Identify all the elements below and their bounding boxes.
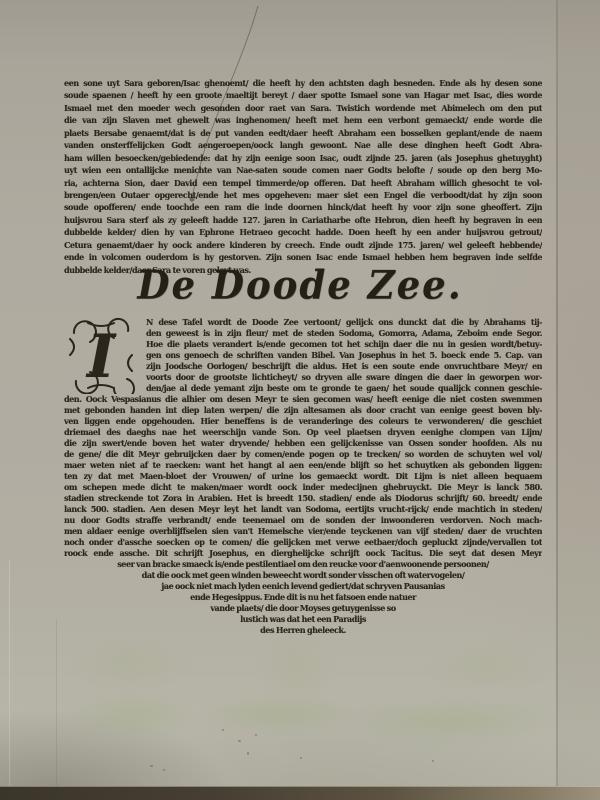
- drop-cap-letter: I: [85, 322, 117, 392]
- show-through-stain: [70, 640, 190, 688]
- show-through-stain: [72, 694, 192, 736]
- text-line: den. Oock Vespasianus die alhier om dese…: [64, 394, 542, 405]
- paragraph-block-1: een sone uyt Sara geboren/Isac ghenoemt/…: [64, 77, 542, 276]
- drop-cap-initial: I: [64, 317, 138, 394]
- foxing-spot: [238, 740, 241, 742]
- text-line: uyt wien een ontallijcke menichte van Na…: [64, 164, 542, 176]
- text-line: voorts door de grootste lichticheyt/ so …: [146, 372, 542, 383]
- foxing-spot: [432, 760, 434, 762]
- foxing-spot: [247, 752, 249, 755]
- colophon-line: seer van bracke smaeck is/ende pestilent…: [64, 559, 542, 570]
- text-line: den/jae al dede yemant zijn beste om te …: [146, 383, 542, 394]
- text-line: gen ons genoech de schriften vanden Bibe…: [146, 350, 542, 361]
- book-page-photo: een sone uyt Sara geboren/Isac ghenoemt/…: [0, 0, 600, 800]
- colophon-line: lustich was dat het een Paradijs: [64, 614, 542, 625]
- text-line: Ismael met den moeder wech gesonden door…: [64, 102, 542, 114]
- text-line: dubbelde kelder/ dien hy van Ephrone Het…: [64, 226, 542, 238]
- text-line: lanck 500. stadien. Aen desen Meyr leyt …: [64, 504, 542, 515]
- paragraph-block-2: I N dese Tafel wordt de Doode Zee vertoo…: [64, 317, 542, 636]
- foxing-spot: [222, 729, 224, 731]
- text-line: huijsvrou Sara sterf als zy geleeft hadd…: [64, 214, 542, 226]
- text-line: men aldaer eenige overblijffselen sien v…: [64, 526, 542, 537]
- text-line: driemael des daeghs nae het weerschijn v…: [64, 427, 542, 438]
- text-line: roock ende assche. Dit schrijft Josephus…: [64, 548, 542, 559]
- show-through-stain: [258, 636, 334, 702]
- colophon-line: ende Hegesippus. Ende dit is nu het fats…: [64, 592, 542, 603]
- text-line: soude spaenen / heeft hy een groote mael…: [64, 89, 542, 101]
- colophon-line: vande plaets/ die door Moyses getuygenis…: [64, 603, 542, 614]
- text-line: Cetura genaemt/daer hy oock andere kinde…: [64, 239, 542, 251]
- colophon-line: dat die oock met geen winden beweecht wo…: [64, 570, 542, 581]
- foxing-spot: [255, 734, 257, 736]
- text-line: zijn Joodsche Oorlogen/ beschrijft die a…: [146, 361, 542, 372]
- paper-crease: [9, 560, 10, 788]
- book-edge-shadow: [0, 786, 600, 800]
- foxing-spot: [163, 769, 165, 771]
- text-line: soude opofferen/ ende toochde een ram di…: [64, 201, 542, 213]
- foxing-spot: [300, 757, 302, 759]
- text-line: een sone uyt Sara geboren/Isac ghenoemt/…: [64, 77, 542, 89]
- text-line: die zijn swert/ende boven het water dryv…: [64, 438, 542, 449]
- text-line: om schepen mede dicht te maken/maer word…: [64, 482, 542, 493]
- show-through-stain: [205, 696, 353, 732]
- text-line: met gebonden handen int diep laten werpe…: [64, 405, 542, 416]
- text-line: die van zijn Slaven met ghewelt was ingh…: [64, 114, 542, 126]
- text-line: Hoe die plaets verandert is/ende gecomen…: [146, 339, 542, 350]
- paper-crease: [56, 620, 57, 788]
- text-line: ria, achterna Sion, daer David een tempe…: [64, 177, 542, 189]
- text-line: maer weten niet af te raecken: want het …: [64, 460, 542, 471]
- show-through-stain: [428, 644, 548, 692]
- text-line: ven liggen ende opgehouden. Hier beneffe…: [64, 416, 542, 427]
- text-line: stadien streckende tot Zora in Arabien. …: [64, 493, 542, 504]
- page-outer-margin: [558, 0, 600, 800]
- text-line: ten zy dat met Maen-bloet der Vrouwen/ o…: [64, 471, 542, 482]
- text-line: noch onder d'assche soecken op te comen/…: [64, 537, 542, 548]
- text-line: de gene/ die dit Meyr gebruijcken daer b…: [64, 449, 542, 460]
- text-line: plaets Bersabe genaemt/dat is de put van…: [64, 127, 542, 139]
- text-line: vanden onsterffelijcken Godt aengeroepen…: [64, 139, 542, 151]
- colophon-line: des Herren gheleeck.: [64, 625, 542, 636]
- text-line: nu door Godts straffe verbrandt/ ende te…: [64, 515, 542, 526]
- colophon-line: jae oock niet mach lyden eenich levend g…: [64, 581, 542, 592]
- text-line: ham willen besoecken/gebiedende: dat hy …: [64, 152, 542, 164]
- section-title: De Doode Zee.: [0, 262, 600, 308]
- text-line: N dese Tafel wordt de Doode Zee vertoont…: [146, 317, 542, 328]
- text-line: brengen/een Outaer opgerecht/ende het me…: [64, 189, 542, 201]
- text-line: den geweest is in zijn fleur/ met de ste…: [146, 328, 542, 339]
- foxing-spot: [150, 765, 153, 767]
- show-through-stain: [352, 698, 560, 742]
